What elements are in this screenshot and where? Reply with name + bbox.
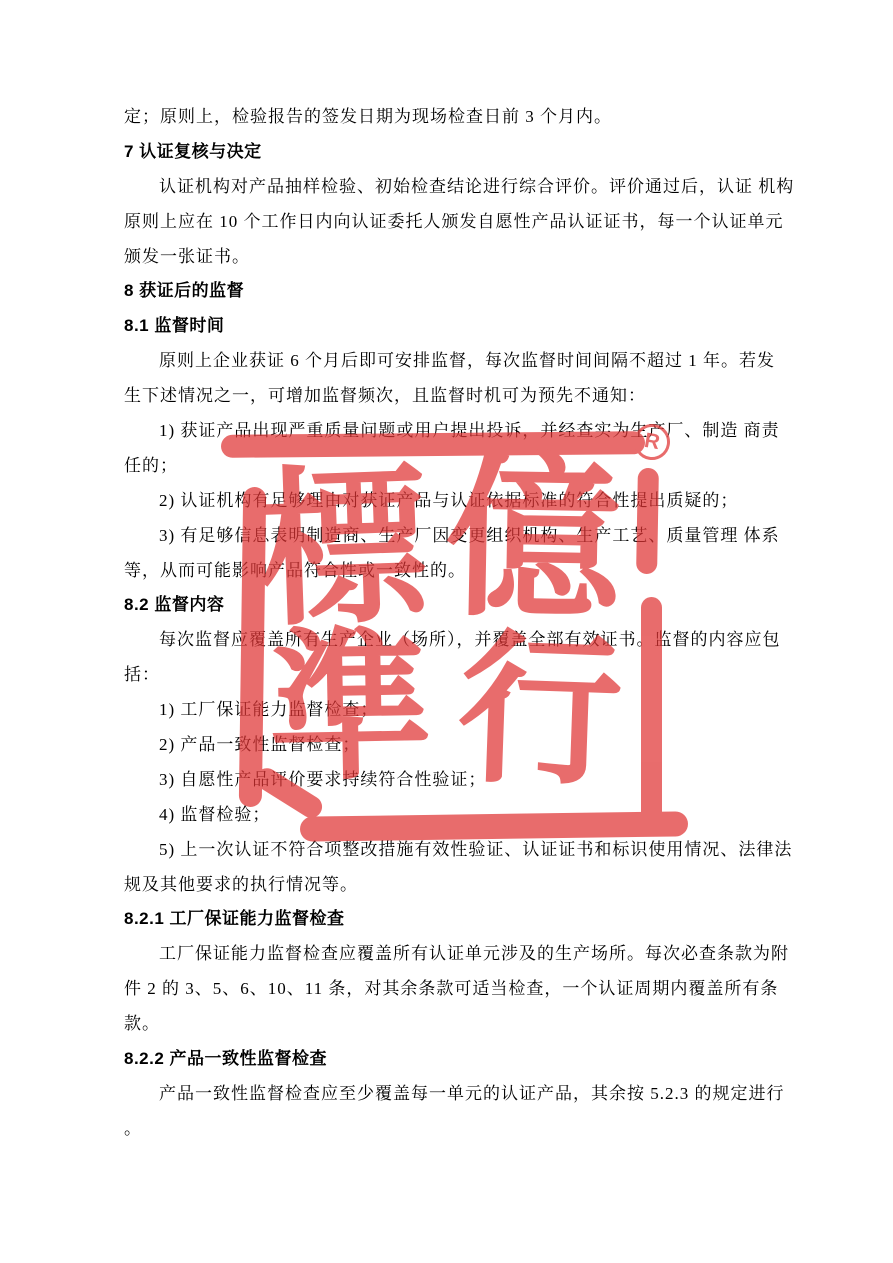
text-line: 款。 bbox=[124, 1007, 774, 1042]
section-heading: 8.2 监督内容 bbox=[124, 588, 774, 623]
text-line: 生下述情况之一，可增加监督频次，且监督时机可为预先不通知： bbox=[124, 379, 774, 414]
text-line: 工厂保证能力监督检查应覆盖所有认证单元涉及的生产场所。每次必查条款为附 bbox=[124, 937, 774, 972]
text-line: 括： bbox=[124, 658, 774, 693]
text-line: 产品一致性监督检查应至少覆盖每一单元的认证产品，其余按 5.2.3 的规定进行 bbox=[124, 1077, 774, 1112]
section-heading: 8.2.1 工厂保证能力监督检查 bbox=[124, 902, 774, 937]
list-item: 1) 工厂保证能力监督检查； bbox=[124, 693, 774, 728]
text-line: 等，从而可能影响产品符合性或一致性的。 bbox=[124, 554, 774, 589]
text-line: 定；原则上，检验报告的签发日期为现场检查日前 3 个月内。 bbox=[124, 100, 774, 135]
text-line: 。 bbox=[124, 1112, 774, 1147]
list-item: 5) 上一次认证不符合项整改措施有效性验证、认证证书和标识使用情况、法律法 bbox=[124, 833, 774, 868]
text-line: 认证机构对产品抽样检验、初始检查结论进行综合评价。评价通过后，认证 机构 bbox=[124, 170, 774, 205]
document-text: 定；原则上，检验报告的签发日期为现场检查日前 3 个月内。 7 认证复核与决定 … bbox=[124, 100, 774, 1147]
text-line: 每次监督应覆盖所有生产企业（场所），并覆盖全部有效证书。监督的内容应包 bbox=[124, 623, 774, 658]
text-line: 规及其他要求的执行情况等。 bbox=[124, 868, 774, 903]
text-line: 任的； bbox=[124, 449, 774, 484]
text-line: 原则上企业获证 6 个月后即可安排监督，每次监督时间间隔不超过 1 年。若发 bbox=[124, 344, 774, 379]
section-heading: 7 认证复核与决定 bbox=[124, 135, 774, 170]
text-line: 颁发一张证书。 bbox=[124, 240, 774, 275]
text-line: 件 2 的 3、5、6、10、11 条，对其余条款可适当检查，一个认证周期内覆盖… bbox=[124, 972, 774, 1007]
list-item: 3) 有足够信息表明制造商、生产厂因变更组织机构、生产工艺、质量管理 体系 bbox=[124, 519, 774, 554]
section-heading: 8.1 监督时间 bbox=[124, 309, 774, 344]
list-item: 2) 产品一致性监督检查； bbox=[124, 728, 774, 763]
document-page: 定；原则上，检验报告的签发日期为现场检查日前 3 个月内。 7 认证复核与决定 … bbox=[0, 0, 893, 1263]
section-heading: 8 获证后的监督 bbox=[124, 274, 774, 309]
list-item: 3) 自愿性产品评价要求持续符合性验证； bbox=[124, 763, 774, 798]
list-item: 1) 获证产品出现严重质量问题或用户提出投诉，并经查实为生产厂、制造 商责 bbox=[124, 414, 774, 449]
list-item: 4) 监督检验； bbox=[124, 798, 774, 833]
list-item: 2) 认证机构有足够理由对获证产品与认证依据标准的符合性提出质疑的； bbox=[124, 484, 774, 519]
section-heading: 8.2.2 产品一致性监督检查 bbox=[124, 1042, 774, 1077]
text-line: 原则上应在 10 个工作日内向认证委托人颁发自愿性产品认证证书，每一个认证单元 bbox=[124, 205, 774, 240]
